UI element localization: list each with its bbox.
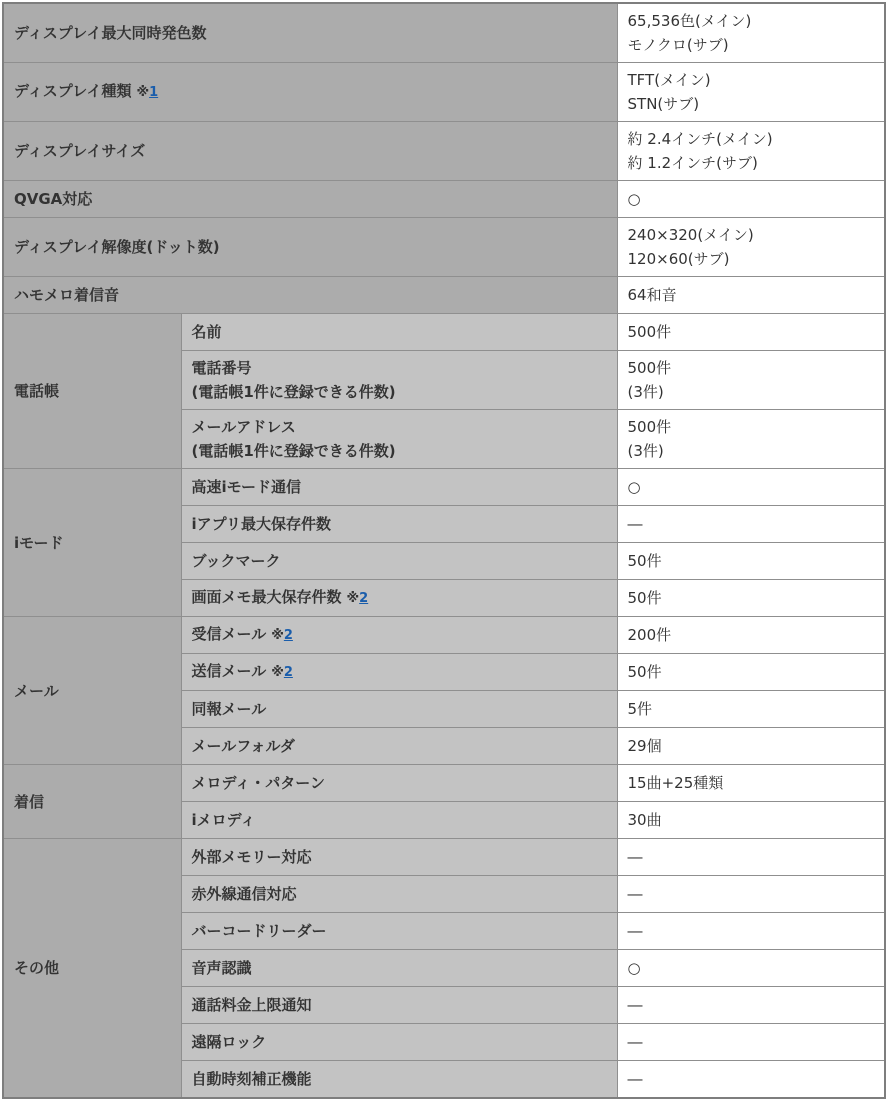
footnote-ref: ※2 xyxy=(271,628,293,643)
spec-label-cell: ディスプレイ種類※1 xyxy=(3,63,617,122)
spec-sublabel-cell: 外部メモリー対応 xyxy=(181,839,617,876)
spec-sublabel-cell: バーコードリーダー xyxy=(181,913,617,950)
spec-value-cell: ― xyxy=(617,913,885,950)
table-row: ディスプレイ最大同時発色数 65,536色(メイン) モノクロ(サブ) xyxy=(3,3,885,63)
spec-value-cell: ○ xyxy=(617,950,885,987)
spec-label: 音声認識 xyxy=(192,956,607,980)
spec-label: 画面メモ最大保存件数※2 xyxy=(192,585,607,611)
spec-group-cell: その他 xyxy=(3,839,181,1098)
spec-value-cell: 200件 xyxy=(617,617,885,654)
spec-label: 遠隔ロック xyxy=(192,1030,607,1054)
spec-label-text: ディスプレイ種類 xyxy=(14,82,131,100)
footnote-ref: ※1 xyxy=(136,85,158,100)
spec-label: ハモメロ着信音 xyxy=(14,283,607,307)
spec-value: 50件 xyxy=(628,549,875,573)
spec-label-cell: ディスプレイ最大同時発色数 xyxy=(3,3,617,63)
table-row: ディスプレイ種類※1 TFT(メイン) STN(サブ) xyxy=(3,63,885,122)
spec-value-cell: 30曲 xyxy=(617,802,885,839)
not-supported-mark: ― xyxy=(628,512,875,536)
spec-label: メロディ・パターン xyxy=(192,771,607,795)
spec-label: 同報メール xyxy=(192,697,607,721)
spec-value: 約 1.2インチ(サブ) xyxy=(628,151,875,175)
group-label: iモード xyxy=(14,531,171,555)
spec-label: iアプリ最大保存件数 xyxy=(192,512,607,536)
spec-value-cell: 500件 xyxy=(617,314,885,351)
footnote-ref: ※2 xyxy=(347,591,369,606)
spec-sublabel-cell: 電話番号 (電話帳1件に登録できる件数) xyxy=(181,351,617,410)
spec-group-cell: iモード xyxy=(3,469,181,617)
spec-value-cell: 15曲+25種類 xyxy=(617,765,885,802)
group-label: 着信 xyxy=(14,790,171,814)
spec-sublabel-cell: 高速iモード通信 xyxy=(181,469,617,506)
spec-label: 高速iモード通信 xyxy=(192,475,607,499)
spec-value-cell: ― xyxy=(617,506,885,543)
spec-label: iメロディ xyxy=(192,808,607,832)
supported-mark: ○ xyxy=(628,187,875,211)
spec-sublabel-cell: 同報メール xyxy=(181,691,617,728)
spec-label: メールアドレス xyxy=(192,415,607,439)
table-row: その他 外部メモリー対応 ― xyxy=(3,839,885,876)
spec-value: 50件 xyxy=(628,660,875,684)
spec-value-cell: TFT(メイン) STN(サブ) xyxy=(617,63,885,122)
not-supported-mark: ― xyxy=(628,1030,875,1054)
footnote-mark: ※ xyxy=(271,665,284,680)
spec-sublabel-cell: iアプリ最大保存件数 xyxy=(181,506,617,543)
spec-value-cell: 50件 xyxy=(617,543,885,580)
spec-label: 通話料金上限通知 xyxy=(192,993,607,1017)
spec-label-text: 受信メール xyxy=(192,625,267,643)
spec-value-cell: 500件 (3件) xyxy=(617,410,885,469)
spec-label: バーコードリーダー xyxy=(192,919,607,943)
supported-mark: ○ xyxy=(628,956,875,980)
spec-label: 自動時刻補正機能 xyxy=(192,1067,607,1091)
spec-value-cell: ― xyxy=(617,987,885,1024)
spec-label: 赤外線通信対応 xyxy=(192,882,607,906)
spec-value: 240×320(メイン) xyxy=(628,223,875,247)
spec-value-cell: ― xyxy=(617,839,885,876)
spec-sublabel-cell: 遠隔ロック xyxy=(181,1024,617,1061)
spec-value-cell: ― xyxy=(617,1024,885,1061)
spec-label-cell: ディスプレイ解像度(ドット数) xyxy=(3,218,617,277)
footnote-2-link[interactable]: 2 xyxy=(284,628,293,643)
not-supported-mark: ― xyxy=(628,882,875,906)
spec-value: STN(サブ) xyxy=(628,92,875,116)
spec-label-cell: ディスプレイサイズ xyxy=(3,122,617,181)
spec-group-cell: 着信 xyxy=(3,765,181,839)
spec-value: 30曲 xyxy=(628,808,875,832)
spec-value-cell: ― xyxy=(617,876,885,913)
spec-sublabel-cell: 受信メール※2 xyxy=(181,617,617,654)
spec-group-cell: 電話帳 xyxy=(3,314,181,469)
spec-value: 約 2.4インチ(メイン) xyxy=(628,127,875,151)
spec-sublabel-cell: 赤外線通信対応 xyxy=(181,876,617,913)
spec-sublabel-cell: メロディ・パターン xyxy=(181,765,617,802)
spec-value-cell: ○ xyxy=(617,181,885,218)
spec-label-cell: ハモメロ着信音 xyxy=(3,277,617,314)
group-label: その他 xyxy=(14,956,171,980)
spec-value-cell: ― xyxy=(617,1061,885,1098)
spec-value: モノクロ(サブ) xyxy=(628,33,875,57)
spec-sublabel-cell: 送信メール※2 xyxy=(181,654,617,691)
table-row: ハモメロ着信音 64和音 xyxy=(3,277,885,314)
spec-value-cell: 240×320(メイン) 120×60(サブ) xyxy=(617,218,885,277)
spec-label: 受信メール※2 xyxy=(192,622,607,648)
footnote-mark: ※ xyxy=(271,628,284,643)
spec-label-cell: QVGA対応 xyxy=(3,181,617,218)
spec-page: ディスプレイ最大同時発色数 65,536色(メイン) モノクロ(サブ) ディスプ… xyxy=(0,0,886,1112)
spec-label: (電話帳1件に登録できる件数) xyxy=(192,439,607,463)
table-row: ディスプレイ解像度(ドット数) 240×320(メイン) 120×60(サブ) xyxy=(3,218,885,277)
not-supported-mark: ― xyxy=(628,919,875,943)
supported-mark: ○ xyxy=(628,475,875,499)
spec-label: 外部メモリー対応 xyxy=(192,845,607,869)
spec-value: 200件 xyxy=(628,623,875,647)
spec-label: ディスプレイサイズ xyxy=(14,139,607,163)
spec-sublabel-cell: 通話料金上限通知 xyxy=(181,987,617,1024)
table-row: QVGA対応 ○ xyxy=(3,181,885,218)
spec-value-cell: 500件 (3件) xyxy=(617,351,885,410)
spec-sublabel-cell: iメロディ xyxy=(181,802,617,839)
spec-value: 500件 xyxy=(628,356,875,380)
not-supported-mark: ― xyxy=(628,993,875,1017)
spec-value-cell: 約 2.4インチ(メイン) 約 1.2インチ(サブ) xyxy=(617,122,885,181)
spec-value: 65,536色(メイン) xyxy=(628,9,875,33)
table-row: 着信 メロディ・パターン 15曲+25種類 xyxy=(3,765,885,802)
spec-label: ディスプレイ最大同時発色数 xyxy=(14,21,607,45)
footnote-mark: ※ xyxy=(347,591,360,606)
spec-value: TFT(メイン) xyxy=(628,68,875,92)
spec-label-text: 送信メール xyxy=(192,662,267,680)
spec-value-cell: 50件 xyxy=(617,580,885,617)
spec-value-cell: 50件 xyxy=(617,654,885,691)
not-supported-mark: ― xyxy=(628,845,875,869)
spec-value: 120×60(サブ) xyxy=(628,247,875,271)
spec-label: 電話番号 xyxy=(192,356,607,380)
spec-value: 50件 xyxy=(628,586,875,610)
spec-value-cell: 5件 xyxy=(617,691,885,728)
spec-value: (3件) xyxy=(628,439,875,463)
spec-value: 500件 xyxy=(628,415,875,439)
spec-value: 5件 xyxy=(628,697,875,721)
spec-sublabel-cell: 画面メモ最大保存件数※2 xyxy=(181,580,617,617)
spec-label-text: 画面メモ最大保存件数 xyxy=(192,588,342,606)
footnote-mark: ※ xyxy=(136,85,149,100)
phone-spec-table: ディスプレイ最大同時発色数 65,536色(メイン) モノクロ(サブ) ディスプ… xyxy=(2,2,886,1099)
spec-sublabel-cell: 音声認識 xyxy=(181,950,617,987)
spec-sublabel-cell: ブックマーク xyxy=(181,543,617,580)
not-supported-mark: ― xyxy=(628,1067,875,1091)
spec-label: ブックマーク xyxy=(192,549,607,573)
spec-sublabel-cell: 自動時刻補正機能 xyxy=(181,1061,617,1098)
spec-value: 64和音 xyxy=(628,283,875,307)
spec-value-cell: 29個 xyxy=(617,728,885,765)
spec-label: QVGA対応 xyxy=(14,187,607,211)
footnote-1-link[interactable]: 1 xyxy=(149,85,158,100)
spec-value: 500件 xyxy=(628,320,875,344)
table-row: メール 受信メール※2 200件 xyxy=(3,617,885,654)
spec-label: 名前 xyxy=(192,320,607,344)
table-row: ディスプレイサイズ 約 2.4インチ(メイン) 約 1.2インチ(サブ) xyxy=(3,122,885,181)
spec-group-cell: メール xyxy=(3,617,181,765)
spec-label: ディスプレイ種類※1 xyxy=(14,79,607,105)
group-label: 電話帳 xyxy=(14,379,171,403)
spec-value: 29個 xyxy=(628,734,875,758)
footnote-ref: ※2 xyxy=(271,665,293,680)
footnote-2-link[interactable]: 2 xyxy=(284,665,293,680)
table-row: 電話帳 名前 500件 xyxy=(3,314,885,351)
spec-sublabel-cell: メールフォルダ xyxy=(181,728,617,765)
spec-label: (電話帳1件に登録できる件数) xyxy=(192,380,607,404)
spec-sublabel-cell: 名前 xyxy=(181,314,617,351)
spec-value-cell: 64和音 xyxy=(617,277,885,314)
spec-value-cell: ○ xyxy=(617,469,885,506)
spec-value: (3件) xyxy=(628,380,875,404)
footnote-2-link[interactable]: 2 xyxy=(359,591,368,606)
spec-value-cell: 65,536色(メイン) モノクロ(サブ) xyxy=(617,3,885,63)
spec-label: 送信メール※2 xyxy=(192,659,607,685)
spec-label: メールフォルダ xyxy=(192,734,607,758)
group-label: メール xyxy=(14,679,171,703)
table-row: iモード 高速iモード通信 ○ xyxy=(3,469,885,506)
spec-label: ディスプレイ解像度(ドット数) xyxy=(14,235,607,259)
spec-value: 15曲+25種類 xyxy=(628,771,875,795)
spec-sublabel-cell: メールアドレス (電話帳1件に登録できる件数) xyxy=(181,410,617,469)
